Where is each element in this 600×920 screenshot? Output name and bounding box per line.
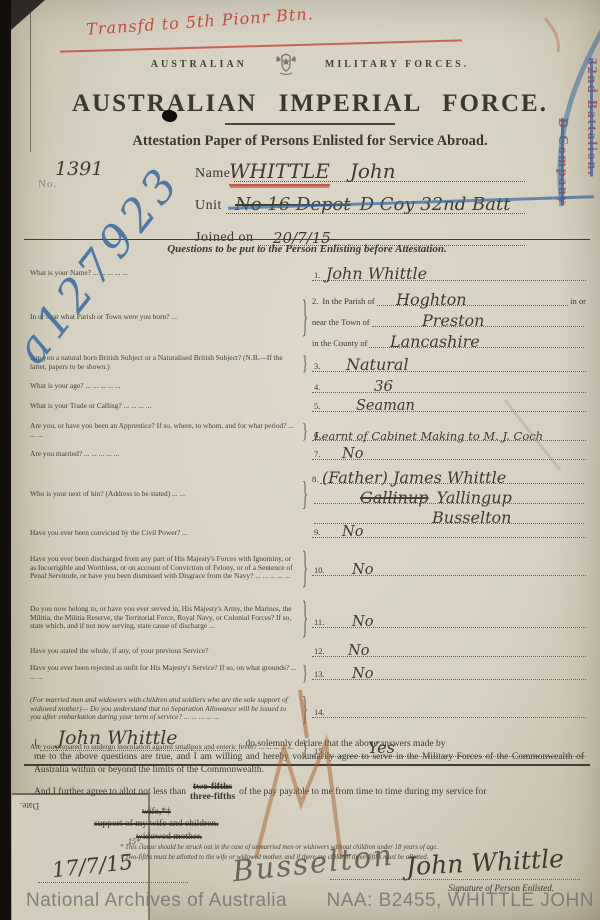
answer-number: 1.	[314, 270, 320, 280]
company-stamp: D Company	[555, 118, 571, 205]
in-or-label: in or	[570, 296, 586, 306]
answer-number: 7.	[314, 449, 320, 459]
answer-handwritten: No	[352, 666, 373, 682]
allotment-fraction: two-fifths three-fifths	[190, 783, 235, 803]
question-text: Do you now belong to, or have you ever s…	[24, 594, 298, 642]
answer-number: 11.	[314, 617, 324, 627]
name-label: Name	[195, 166, 230, 182]
question-text: Are you a natural born British Subject o…	[24, 349, 298, 376]
answer-number: 9.	[314, 527, 320, 537]
question-text: What is your Trade or Calling? ... ... .…	[24, 397, 298, 416]
regimental-number: 1391	[55, 158, 103, 180]
county-label: in the County of	[312, 338, 367, 348]
answer-number: 12.	[314, 646, 325, 656]
question-text: Have you stated the whole, if any, of yo…	[24, 642, 298, 661]
question-text: Have you ever been rejected as unfit for…	[24, 661, 298, 684]
answer-handwritten: No	[348, 643, 369, 659]
coat-of-arms-icon	[273, 52, 299, 76]
parish-label: In the Parish of	[322, 296, 374, 306]
answer-handwritten: No	[352, 614, 373, 630]
question-text: What is your age? ... ... ... ... ...	[24, 376, 298, 397]
given-name-handwritten: John	[350, 159, 396, 183]
force-left-label: AUSTRALIAN	[151, 59, 247, 70]
question-text: Are you married? ... ... ... ... ...	[24, 445, 298, 464]
form-header: AUSTRALIAN MILITARY FORCES. AUSTRALIAN I…	[40, 52, 580, 150]
declaration-name-line: John Whittle	[40, 734, 240, 751]
answer-number: 8.	[312, 474, 318, 484]
answer-number: 2.	[312, 296, 318, 306]
declaration-name-handwritten: John Whittle	[58, 726, 178, 752]
date-dotted-line	[38, 882, 188, 883]
allotment-pre: And I further agree to allot not less th…	[34, 786, 186, 799]
question-row-4: What is your age? ... ... ... ... ... 4.…	[24, 376, 590, 397]
answer-number: 4.	[314, 382, 320, 392]
town-label: near the Town of	[312, 317, 370, 327]
form-subtitle: Attestation Paper of Persons Enlisted fo…	[40, 133, 580, 150]
question-row-3: Are you a natural born British Subject o…	[24, 349, 590, 376]
answer-number: 13.	[314, 669, 325, 679]
form-title: AUSTRALIAN IMPERIAL FORCE.	[40, 90, 580, 118]
answer-handwritten: No	[342, 524, 363, 540]
battalion-stamp: 32nd Battalion.	[584, 58, 600, 177]
scan-corner-shadow	[11, 0, 45, 30]
answer-handwritten: Natural	[346, 355, 409, 374]
answer-number: 10.	[314, 565, 325, 575]
answer-number: 3.	[314, 361, 320, 371]
no-label: No.	[38, 178, 57, 190]
force-right-label: MILITARY FORCES.	[325, 59, 469, 70]
answer-handwritten: John Whittle	[326, 264, 427, 283]
answer-handwritten: 36	[374, 377, 393, 395]
question-row-11: Do you now belong to, or have you ever s…	[24, 594, 590, 642]
allotment-post: of the pay payable to me from time to ti…	[239, 786, 486, 799]
answer-handwritten: No	[342, 446, 363, 462]
answer-line	[312, 392, 586, 393]
question-text: Are you, or have you been an Apprentice?…	[24, 416, 298, 445]
answer-handwritten: Learnt of Cabinet Making to M. J. Coch	[314, 429, 543, 443]
spacer	[298, 376, 312, 397]
document-scan: Date. 15*. AUSTRALIAN MILITARY FORCES. A…	[0, 0, 600, 920]
question-text: Who is your next of kin? (Address to be …	[24, 464, 298, 524]
paper-edge-line	[30, 0, 31, 152]
declaration-body-start: do solemnly declare that the above answe…	[246, 738, 446, 751]
watermark-naa: National Archives of Australia	[26, 890, 287, 912]
answer-number: 5.	[314, 401, 320, 411]
answer-line	[312, 411, 586, 412]
question-text: Have you ever been discharged from any p…	[24, 542, 298, 594]
answer-handwritten: Seaman	[356, 398, 415, 414]
name-field: Name WHITTLE John	[195, 160, 525, 182]
answer-number: 14.	[314, 707, 325, 717]
surname-handwritten: WHITTLE	[229, 159, 330, 186]
questions-section: Questions to be put to the Person Enlist…	[24, 239, 590, 769]
name-handwritten: WHITTLE John	[229, 159, 396, 183]
struck-option-wife: wife,*†	[142, 806, 584, 819]
allotment-options: wife,*† support of my wife and children.…	[94, 806, 584, 844]
answer-line	[312, 717, 586, 718]
struck-option-wife-children: support of my wife and children.	[94, 818, 584, 831]
question-text: Have you ever been convicted by the Civi…	[24, 524, 298, 542]
answer-handwritten: No	[352, 562, 373, 578]
signature-dotted-line	[330, 879, 580, 880]
allotment-replacement: three-fifths	[190, 793, 235, 803]
declaration-body: me to the above questions are true, and …	[34, 751, 584, 777]
unit-label: Unit	[195, 198, 222, 214]
title-rule	[225, 123, 395, 125]
question-row-2: In or near what Parish or Town were you …	[24, 285, 590, 349]
watermark-series: NAA: B2455, WHITTLE JOHN	[326, 890, 594, 912]
